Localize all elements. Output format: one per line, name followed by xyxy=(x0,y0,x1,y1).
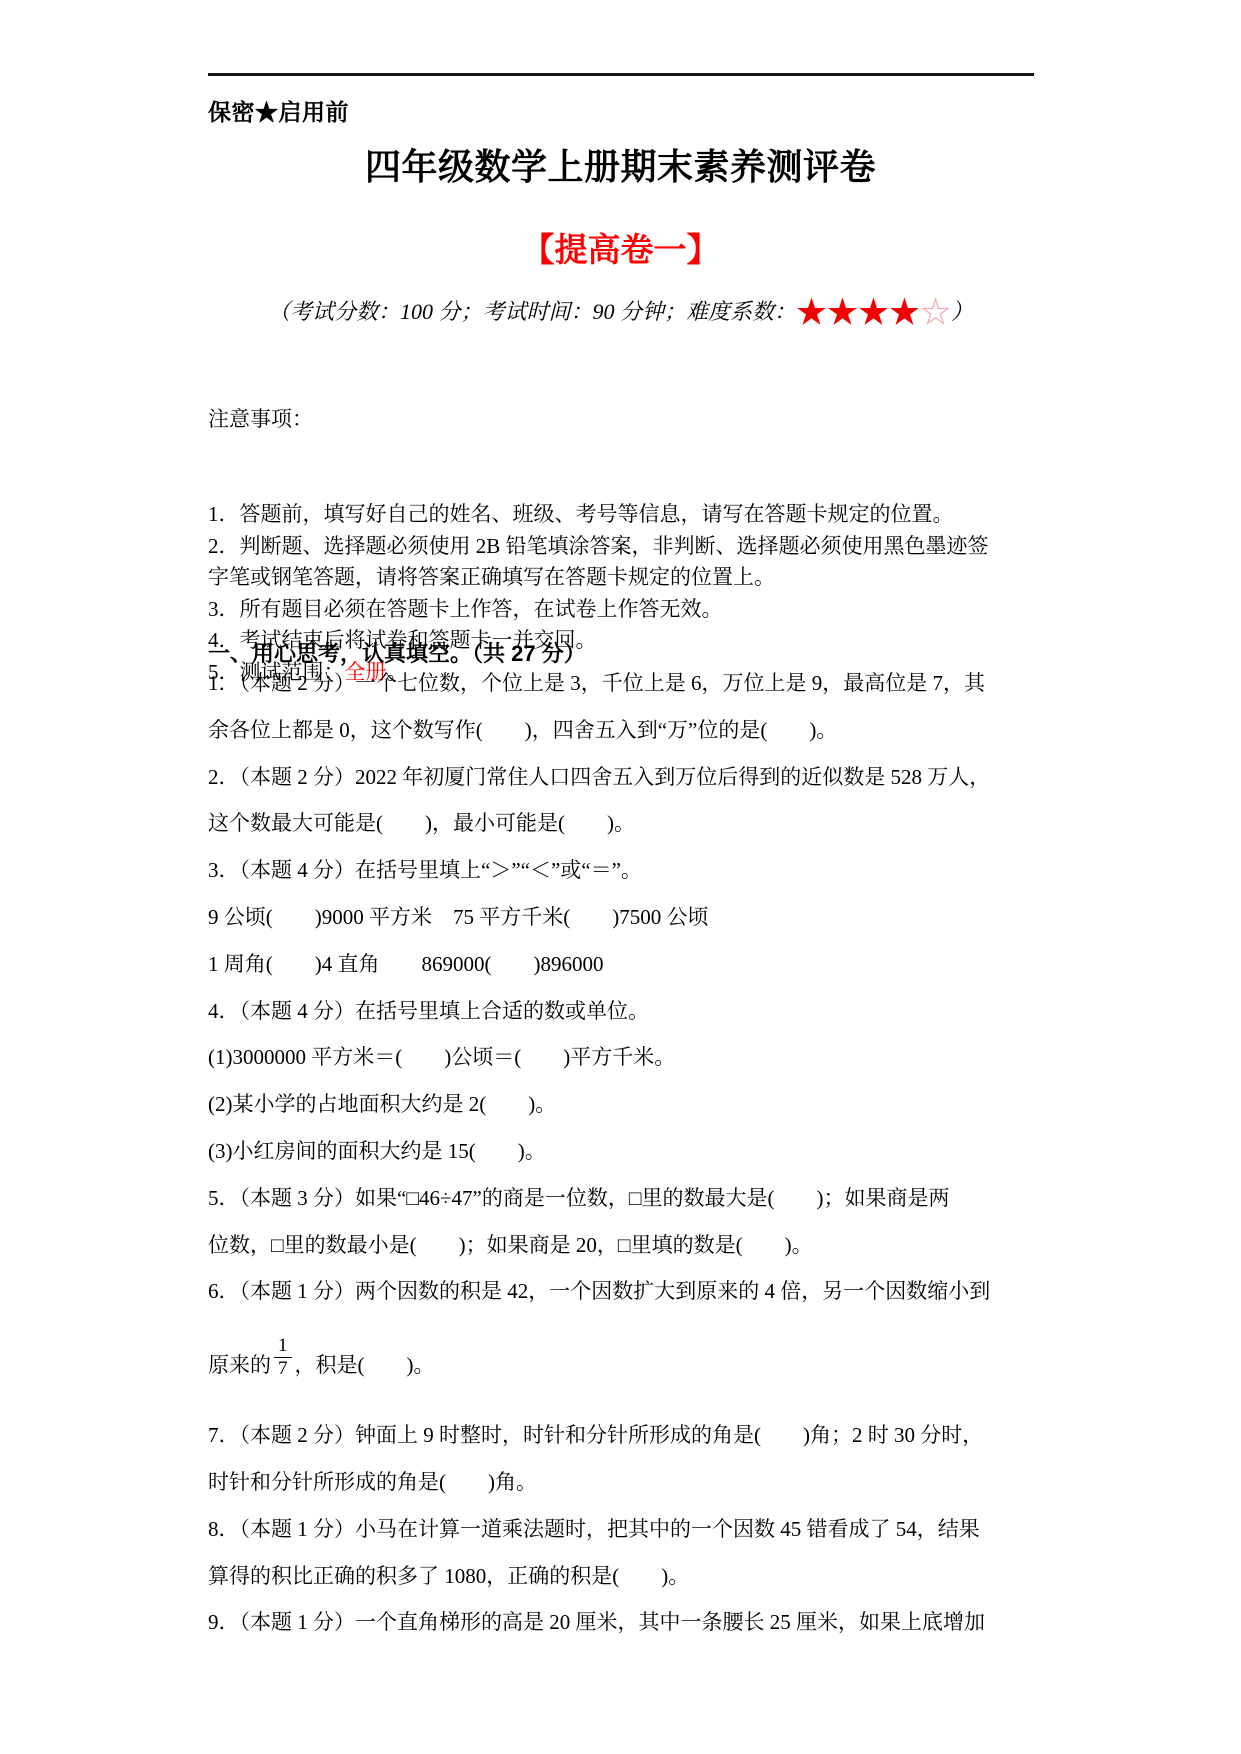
text-segment: 字笔或钢笔答题，请将答案正确填写在答题卡规定的位置上。 xyxy=(208,565,775,589)
text-segment: 算得的积比正确的积多了 1080，正确的积是( )。 xyxy=(208,1564,689,1588)
text-segment: 3．所有题目必须在答题卡上作答，在试卷上作答无效。 xyxy=(208,597,723,621)
star-empty-icon: ☆ xyxy=(920,295,951,330)
text-segment: 8．（本题 1 分）小马在计算一道乘法题时，把其中的一个因数 45 错看成了 5… xyxy=(208,1517,980,1541)
fraction-numerator: 1 xyxy=(274,1335,292,1358)
text-segment: 2．（本题 2 分）2022 年初厦门常住人口四舍五入到万位后得到的近似数是 5… xyxy=(208,765,990,789)
star-filled-icon: ★ xyxy=(858,295,889,330)
question-line: 原来的17，积是( )。 xyxy=(208,1315,1063,1412)
question-line: 6．（本题 1 分）两个因数的积是 42，一个因数扩大到原来的 4 倍，另一个因… xyxy=(208,1268,1063,1315)
star-filled-icon: ★ xyxy=(827,295,858,330)
text-segment: 这个数最大可能是( )，最小可能是( )。 xyxy=(208,811,635,835)
text-segment: 7．（本题 2 分）钟面上 9 时整时，时针和分针所形成的角是( )角；2 时 … xyxy=(208,1423,983,1447)
text-segment: 9．（本题 1 分）一个直角梯形的高是 20 厘米，其中一条腰长 25 厘米，如… xyxy=(208,1610,985,1634)
question-line: (1)3000000 平方米＝( )公顷＝( )平方千米。 xyxy=(208,1034,1063,1081)
volume-subtitle: 【提高卷一】 xyxy=(0,224,1241,271)
header-rule xyxy=(208,73,1034,76)
question-line: 这个数最大可能是( )，最小可能是( )。 xyxy=(208,800,1063,847)
text-segment: (1)3000000 平方米＝( )公顷＝( )平方千米。 xyxy=(208,1045,675,1069)
question-line: 4．（本题 4 分）在括号里填上合适的数或单位。 xyxy=(208,988,1063,1035)
star-filled-icon: ★ xyxy=(889,295,920,330)
question-line: 1．（本题 2 分）一个七位数，个位上是 3，千位上是 6，万位上是 9，最高位… xyxy=(208,660,1063,707)
text-segment: 4．（本题 4 分）在括号里填上合适的数或单位。 xyxy=(208,999,649,1023)
question-line: 3．（本题 4 分）在括号里填上“＞”“＜”或“＝”。 xyxy=(208,847,1063,894)
question-line: 5．（本题 3 分）如果“□46÷47”的商是一位数，□里的数最大是( )；如果… xyxy=(208,1175,1063,1222)
text-segment: 5．（本题 3 分）如果“□46÷47”的商是一位数，□里的数最大是( )；如果… xyxy=(208,1186,950,1210)
question-line: 9 公顷( )9000 平方米 75 平方千米( )7500 公顷 xyxy=(208,894,1063,941)
question-list: 1．（本题 2 分）一个七位数，个位上是 3，千位上是 6，万位上是 9，最高位… xyxy=(208,660,1063,1646)
question-line: (2)某小学的占地面积大约是 2( )。 xyxy=(208,1081,1063,1128)
classification-label: 保密★启用前 xyxy=(208,94,349,127)
notice-line: 3．所有题目必须在答题卡上作答，在试卷上作答无效。 xyxy=(208,594,1060,626)
exam-info-suffix: ） xyxy=(951,299,973,324)
text-segment: ，积是( )。 xyxy=(295,1349,435,1379)
question-line: 8．（本题 1 分）小马在计算一道乘法题时，把其中的一个因数 45 错看成了 5… xyxy=(208,1506,1063,1553)
text-segment: (3)小红房间的面积大约是 15( )。 xyxy=(208,1139,546,1163)
text-segment: 3．（本题 4 分）在括号里填上“＞”“＜”或“＝”。 xyxy=(208,858,642,882)
notice-line: 1．答题前，填写好自己的姓名、班级、考号等信息，请写在答题卡规定的位置。 xyxy=(208,499,1060,531)
text-segment: 位数，□里的数最小是( )；如果商是 20，□里填的数是( )。 xyxy=(208,1233,813,1257)
exam-info-line: （考试分数：100 分；考试时间：90 分钟；难度系数：★★★★☆） xyxy=(0,296,1241,328)
fraction-denominator: 7 xyxy=(274,1358,292,1380)
text-segment: 余各位上都是 0，这个数写作( )，四舍五入到“万”位的是( )。 xyxy=(208,718,837,742)
question-line: 9．（本题 1 分）一个直角梯形的高是 20 厘米，其中一条腰长 25 厘米，如… xyxy=(208,1599,1063,1646)
question-line: 时针和分针所形成的角是( )角。 xyxy=(208,1459,1063,1506)
text-segment: 时针和分针所形成的角是( )角。 xyxy=(208,1470,537,1494)
notice-title: 注意事项： xyxy=(208,404,1060,436)
question-line: 2．（本题 2 分）2022 年初厦门常住人口四舍五入到万位后得到的近似数是 5… xyxy=(208,754,1063,801)
difficulty-stars: ★★★★☆ xyxy=(796,297,951,328)
text-segment: 1 周角( )4 直角 869000( )896000 xyxy=(208,952,603,976)
text-segment: 2．判断题、选择题必须使用 2B 铅笔填涂答案，非判断、选择题必须使用黑色墨迹签 xyxy=(208,534,989,558)
text-segment: 原来的 xyxy=(208,1349,271,1379)
text-segment: 6．（本题 1 分）两个因数的积是 42，一个因数扩大到原来的 4 倍，另一个因… xyxy=(208,1279,990,1303)
star-filled-icon: ★ xyxy=(796,295,827,330)
question-line: 7．（本题 2 分）钟面上 9 时整时，时针和分针所形成的角是( )角；2 时 … xyxy=(208,1412,1063,1459)
exam-paper-page: 保密★启用前 四年级数学上册期末素养测评卷 【提高卷一】 （考试分数：100 分… xyxy=(0,0,1241,1754)
notice-line: 2．判断题、选择题必须使用 2B 铅笔填涂答案，非判断、选择题必须使用黑色墨迹签 xyxy=(208,531,1060,563)
question-line: 1 周角( )4 直角 869000( )896000 xyxy=(208,941,1063,988)
page-title: 四年级数学上册期末素养测评卷 xyxy=(0,139,1241,190)
text-segment: 1．（本题 2 分）一个七位数，个位上是 3，千位上是 6，万位上是 9，最高位… xyxy=(208,671,985,695)
question-line: 位数，□里的数最小是( )；如果商是 20，□里填的数是( )。 xyxy=(208,1222,1063,1269)
text-segment: 9 公顷( )9000 平方米 75 平方千米( )7500 公顷 xyxy=(208,905,708,929)
text-segment: 1．答题前，填写好自己的姓名、班级、考号等信息，请写在答题卡规定的位置。 xyxy=(208,502,954,526)
exam-info-prefix: （考试分数：100 分；考试时间：90 分钟；难度系数： xyxy=(268,299,796,324)
notice-line: 字笔或钢笔答题，请将答案正确填写在答题卡规定的位置上。 xyxy=(208,562,1060,594)
question-line: 算得的积比正确的积多了 1080，正确的积是( )。 xyxy=(208,1553,1063,1600)
question-line: (3)小红房间的面积大约是 15( )。 xyxy=(208,1128,1063,1175)
text-segment: (2)某小学的占地面积大约是 2( )。 xyxy=(208,1092,556,1116)
question-line: 余各位上都是 0，这个数写作( )，四舍五入到“万”位的是( )。 xyxy=(208,707,1063,754)
fraction: 17 xyxy=(274,1335,292,1380)
